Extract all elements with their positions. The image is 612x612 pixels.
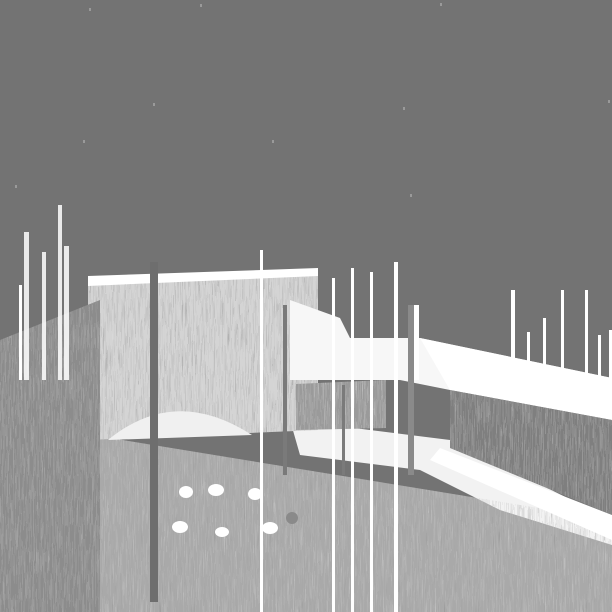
foreground-left-vegetation [0, 300, 100, 612]
scene-image [0, 0, 612, 612]
